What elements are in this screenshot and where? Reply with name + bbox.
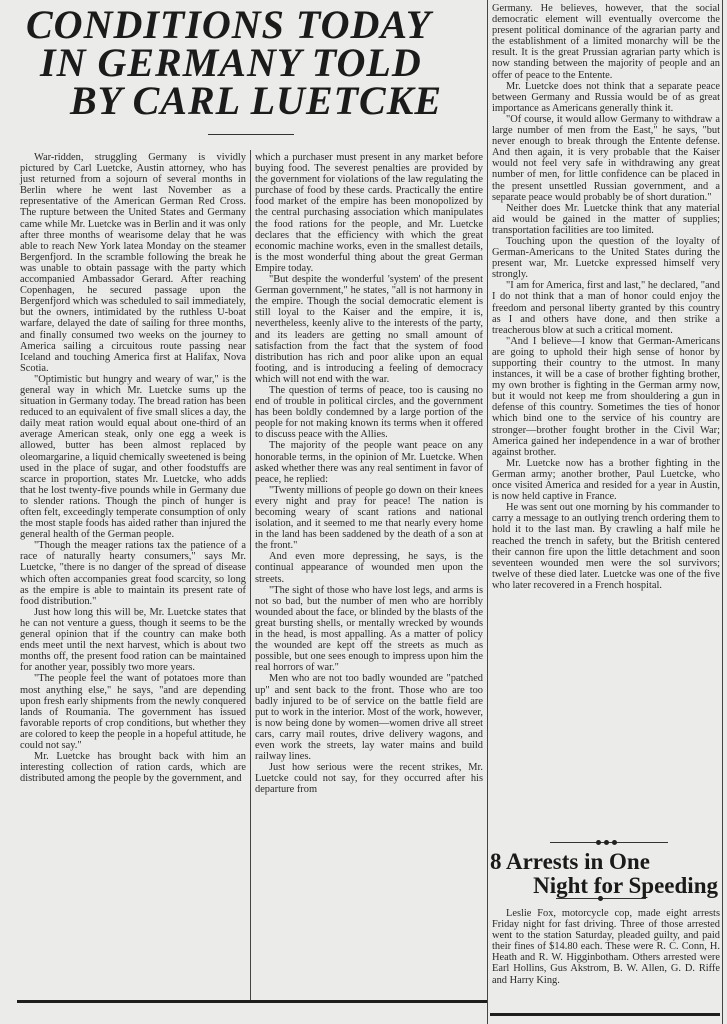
paragraph: And even more depressing, he says, is th… [255,551,483,584]
article-column-1: War-ridden, struggling Germany is vividl… [20,152,246,784]
paragraph: "The sight of those who have lost legs, … [255,585,483,674]
paragraph: The majority of the people want peace on… [255,440,483,484]
paragraph: Neither does Mr. Luetcke think that any … [492,203,720,236]
paragraph: Germany. He believes, however, that the … [492,3,720,81]
ornament-rule [550,842,668,843]
paragraph: Men who are not too badly wounded are "p… [255,673,483,762]
brief-body: Leslie Fox, motorcycle cop, made eight a… [492,908,720,986]
paragraph: Mr. Luetcke now has a brother fighting i… [492,458,720,502]
ornament-dot [612,840,617,845]
paragraph: "Though the meager rations tax the patie… [20,540,246,607]
paragraph: "Of course, it would allow Germany to wi… [492,114,720,203]
article-column-3: Germany. He believes, however, that the … [492,3,720,591]
headline-line-2: IN GERMANY TOLD [18,44,486,82]
headline-line-1: CONDITIONS TODAY [18,6,486,44]
brief-headline-line-2: Night for Speeding [490,874,722,898]
column-divider [250,150,251,1000]
paragraph: Touching upon the question of the loyalt… [492,236,720,280]
brief-headline-line-1: 8 Arrests in One [490,849,650,874]
headline-line-3: BY CARL LUETCKE [18,82,486,120]
paragraph: Mr. Luetcke has brought back with him an… [20,751,246,784]
ornament-dot [604,840,609,845]
bottom-rule [17,1000,487,1003]
paragraph: "I am for America, first and last," he d… [492,280,720,335]
paragraph: which a purchaser must present in any ma… [255,152,483,274]
brief-headline: 8 Arrests in One Night for Speeding [490,850,722,898]
paragraph: He was sent out one morning by his comma… [492,502,720,591]
paragraph: Leslie Fox, motorcycle cop, made eight a… [492,908,720,986]
paragraph: "Optimistic but hungry and weary of war,… [20,374,246,540]
column-divider [487,0,488,1024]
paragraph: "Twenty millions of people go down on th… [255,485,483,552]
column-divider [722,0,723,1024]
ornament-dot [596,840,601,845]
paragraph: War-ridden, struggling Germany is vividl… [20,152,246,374]
article-column-2: which a purchaser must present in any ma… [255,152,483,795]
newspaper-page: CONDITIONS TODAY IN GERMANY TOLD BY CARL… [0,0,727,1024]
paragraph: The question of terms of peace, too is c… [255,385,483,440]
bottom-rule [490,1013,720,1016]
paragraph: Just how serious were the recent strikes… [255,762,483,795]
article-headline: CONDITIONS TODAY IN GERMANY TOLD BY CARL… [18,6,486,120]
ornament-dot [598,896,603,901]
paragraph: Just how long this will be, Mr. Luetcke … [20,607,246,674]
paragraph: "And I believe—I know that German-Americ… [492,336,720,458]
headline-rule [208,134,294,135]
paragraph: Mr. Luetcke does not think that a separa… [492,81,720,114]
paragraph: "But despite the wonderful 'system' of t… [255,274,483,385]
paragraph: "The people feel the want of potatoes mo… [20,673,246,751]
